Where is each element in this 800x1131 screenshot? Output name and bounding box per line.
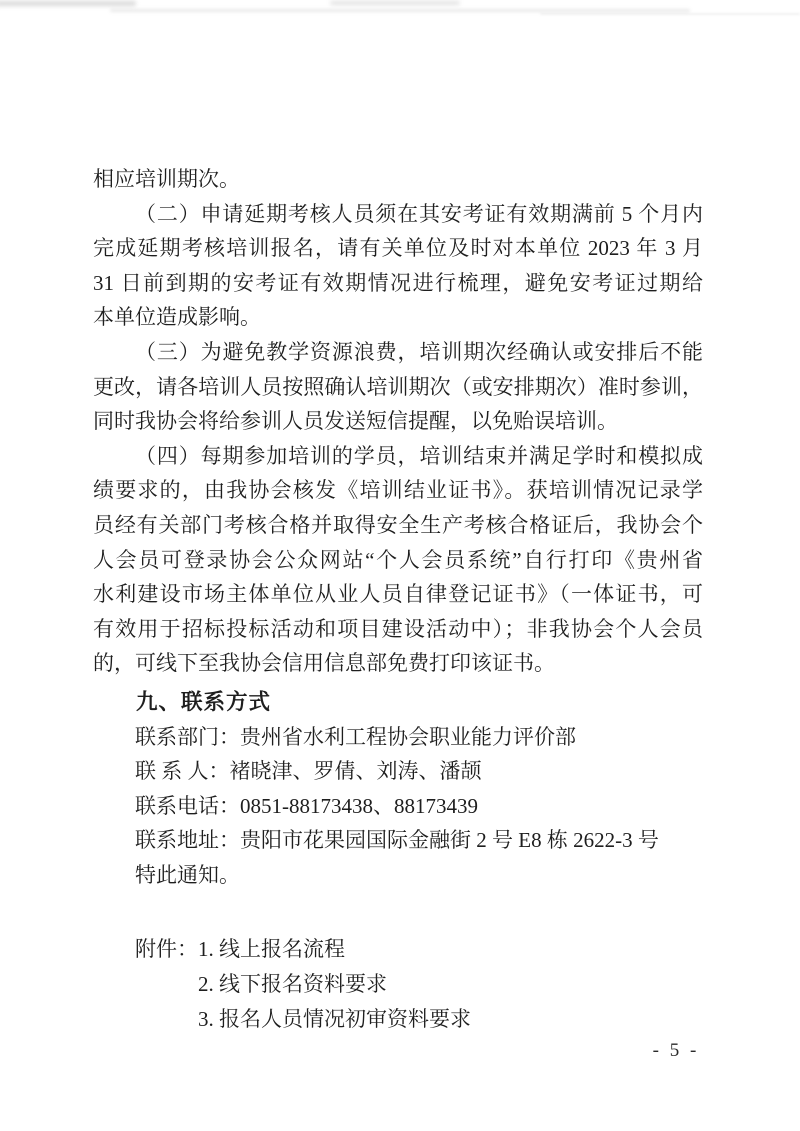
body-line: 水利建设市场主体单位从业人员自律登记证书》（一体证书，可 [93, 577, 703, 612]
body-line: 本单位造成影响。 [93, 300, 703, 335]
body-line: 的，可线下至我协会信用信息部免费打印该证书。 [93, 646, 703, 681]
document-page: 相应培训期次。 （二）申请延期考核人员须在其安考证有效期满前 5 个月内 完成延… [0, 0, 800, 1131]
scan-artifact [540, 13, 800, 15]
body-line: 更改，请各培训人员按照确认培训期次（或安排期次）准时参训， [93, 370, 703, 405]
body-line: （四）每期参加培训的学员，培训结束并满足学时和模拟成 [93, 439, 703, 474]
attachments-block: 附件： 1. 线上报名流程 2. 线下报名资料要求 3. 报名人员情况初审资料要… [93, 932, 703, 1036]
contact-phone-line: 联系电话：0851-88173438、88173439 [93, 789, 703, 824]
body-line: 完成延期考核培训报名，请有关单位及时对本单位 2023 年 3 月 [93, 231, 703, 266]
contact-persons-line: 联 系 人：褚晓津、罗倩、刘涛、潘颉 [93, 754, 703, 789]
attachment-item: 1. 线上报名流程 [198, 932, 703, 967]
contact-department-line: 联系部门：贵州省水利工程协会职业能力评价部 [93, 720, 703, 755]
body-line: 同时我协会将给参训人员发送短信提醒，以免贻误培训。 [93, 404, 703, 439]
scan-artifact [110, 9, 690, 12]
body-line: 相应培训期次。 [93, 162, 703, 197]
body-line: 31 日前到期的安考证有效期情况进行梳理，避免安考证过期给 [93, 266, 703, 301]
attachments-list: 1. 线上报名流程 2. 线下报名资料要求 3. 报名人员情况初审资料要求 [198, 932, 703, 1036]
body-line: （三）为避免教学资源浪费，培训期次经确认或安排后不能 [93, 335, 703, 370]
body-line: 有效用于招标投标活动和项目建设活动中）；非我协会个人会员 [93, 612, 703, 647]
section-heading-contact: 九、联系方式 [93, 685, 703, 720]
page-number: - 5 - [646, 1040, 706, 1062]
scan-artifact [0, 1, 136, 6]
body-line: 人会员可登录协会公众网站“个人会员系统”自行打印《贵州省 [93, 543, 703, 578]
contact-address-line: 联系地址：贵阳市花果园国际金融街 2 号 E8 栋 2622-3 号 [93, 823, 703, 858]
closing-line: 特此通知。 [93, 858, 703, 893]
scan-artifact [330, 1, 460, 5]
attachment-item: 3. 报名人员情况初审资料要求 [198, 1002, 703, 1037]
attachments-label: 附件： [135, 932, 198, 1036]
attachment-item: 2. 线下报名资料要求 [198, 967, 703, 1002]
document-body: 相应培训期次。 （二）申请延期考核人员须在其安考证有效期满前 5 个月内 完成延… [93, 162, 703, 1036]
body-line: 绩要求的，由我协会核发《培训结业证书》。获培训情况记录学 [93, 473, 703, 508]
body-line: 员经有关部门考核合格并取得安全生产考核合格证后，我协会个 [93, 508, 703, 543]
body-line: （二）申请延期考核人员须在其安考证有效期满前 5 个月内 [93, 197, 703, 232]
